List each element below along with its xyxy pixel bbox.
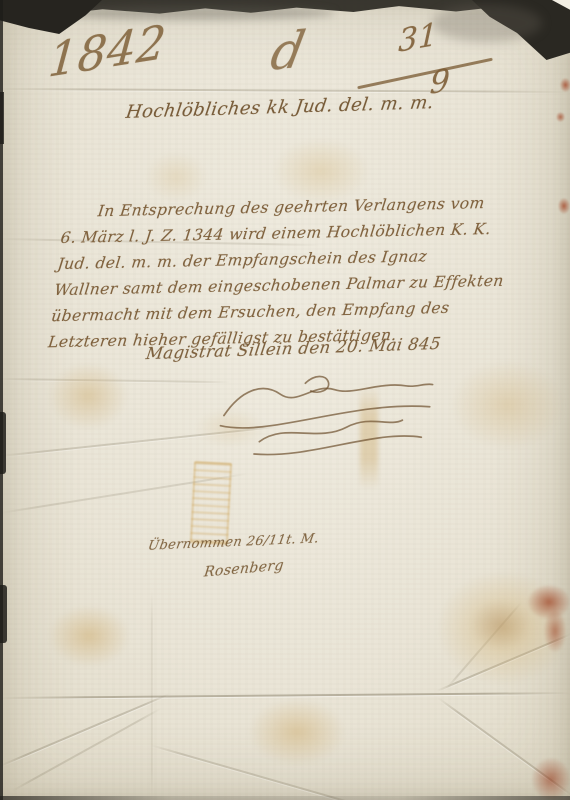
signature-flourish-icon: [210, 362, 449, 466]
scanned-letter-photo: 1842 d 31 9 Hochlöbliches kk Jud. del. m…: [0, 0, 570, 800]
letter-body: In Entsprechung des geehrten Verlangens …: [47, 189, 552, 356]
postmark-stamp-icon: [190, 461, 232, 545]
docket-fraction-numerator: 31: [398, 16, 439, 60]
